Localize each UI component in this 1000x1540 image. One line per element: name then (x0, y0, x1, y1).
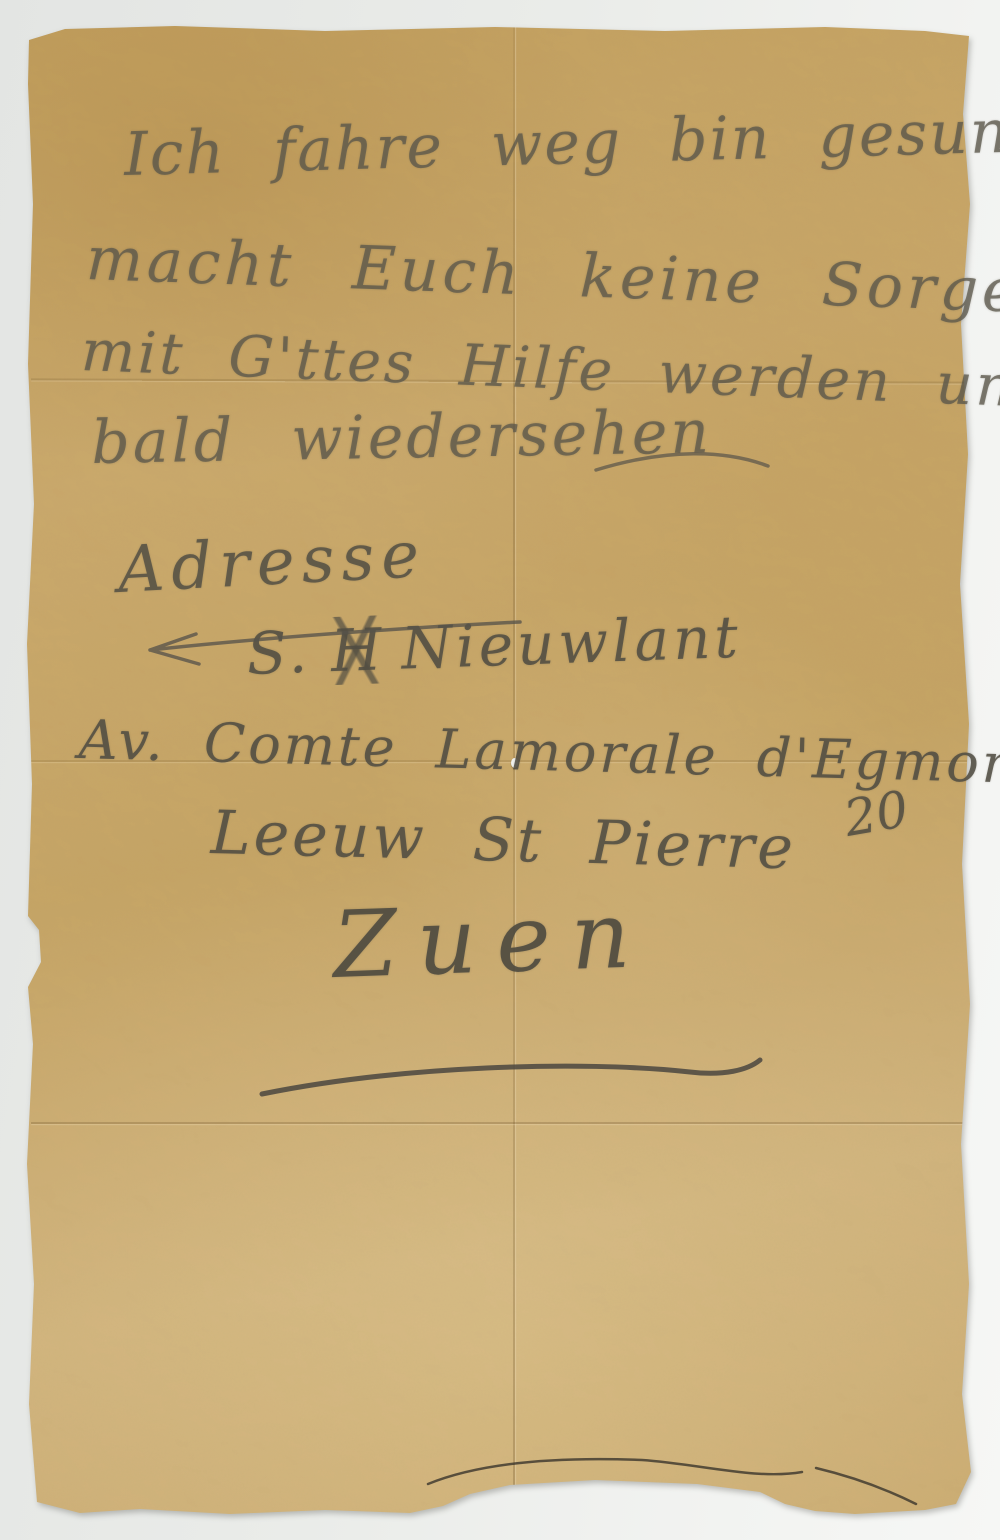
address-house-number: 20 (840, 780, 913, 848)
surname: Nieuwlant (400, 603, 743, 683)
scan-background: Ich fahre weg bin gesund macht Euch kein… (0, 0, 1000, 1540)
struck-initial: H (330, 615, 387, 685)
handwritten-body-line-4: bald wiedersehen (91, 397, 713, 478)
name-prefix: S. (246, 618, 312, 688)
address-locality: Zuen (331, 881, 651, 999)
